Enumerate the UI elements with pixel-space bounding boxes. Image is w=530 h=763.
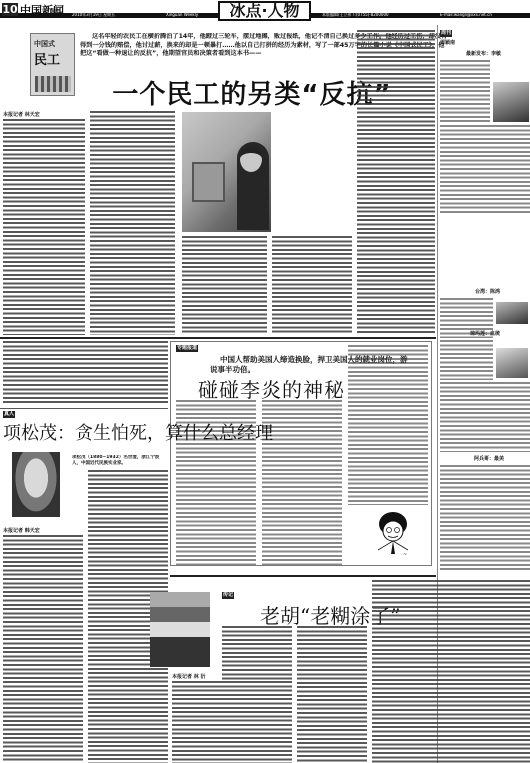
xiang-body-col1	[3, 535, 83, 763]
caricature-sketch: ~	[373, 510, 418, 558]
xiang-tag: 真人	[3, 411, 15, 418]
lao-hu-body-col3	[172, 681, 292, 763]
li-yan-tag: 专题报道	[176, 345, 198, 352]
right-photo-3	[496, 348, 528, 378]
book-title-line1: 中国式	[34, 39, 55, 49]
right-subhead-4: 阿兵哥：最美	[474, 455, 504, 462]
page-number: 10	[2, 3, 18, 16]
right-body-1a	[440, 60, 490, 122]
right-subhead-3: 琼玛莲：血统	[470, 330, 500, 337]
right-column-tag: 周刊	[440, 30, 452, 37]
lao-hu-body-col1	[222, 626, 292, 681]
xiang-headline: 项松茂：贪生怕死，算什么总经理	[3, 419, 273, 445]
sketch-signature: ~	[403, 552, 407, 558]
lead-body-col3	[182, 236, 267, 334]
divider	[170, 575, 436, 577]
lead-byline: 本报记者 林天宏	[3, 111, 40, 118]
right-body-3b	[440, 382, 530, 452]
divider	[0, 408, 168, 409]
issue-date: 2010年3月19日 星期五	[72, 12, 115, 18]
lead-body-col2	[90, 111, 175, 335]
lao-hu-body-col4	[372, 580, 530, 763]
book-title-line2: 民工	[34, 49, 60, 68]
right-body-4	[440, 465, 530, 570]
lead-body-continued	[3, 341, 168, 403]
xiang-byline: 本报记者 韩天宏	[3, 527, 40, 534]
paper-logo: 中国新闻	[20, 2, 64, 18]
li-yan-body-col3	[348, 345, 428, 505]
right-body-3a	[440, 340, 493, 380]
slash-decoration: /////	[50, 8, 56, 15]
book-cover-image: 中国式 民工	[30, 33, 75, 96]
lao-hu-byline: 本报记者 林 衍	[172, 673, 205, 680]
right-subhead-1: 最新发布：李敏	[466, 50, 501, 57]
right-photo-1	[493, 82, 529, 122]
right-body-1b	[440, 125, 530, 215]
person-face	[240, 146, 262, 172]
lao-hu-body-col2	[297, 626, 367, 763]
li-yan-headline: 碰碰李炎的神秘	[198, 374, 345, 403]
computer-screen	[192, 162, 225, 202]
lao-hu-photo	[150, 592, 210, 667]
xiang-portrait	[12, 452, 60, 517]
lao-hu-tag: 传记	[222, 592, 234, 599]
masthead: 10 中国新闻 ///// 2010年3月19日 星期五 Xinguan Wee…	[0, 0, 530, 22]
lead-body-col5	[357, 30, 435, 334]
lead-body-col1	[3, 119, 85, 335]
lead-body-col4	[272, 236, 352, 334]
section-title: 冰点·人物	[218, 1, 311, 21]
main-photo	[182, 112, 271, 232]
xiang-caption: 项松茂（1880~1932）名世澄，浙江宁波人，中国近代民族实业家。	[72, 455, 167, 467]
book-cover-graphic	[35, 76, 71, 92]
editor-email: E-mail:wangli@xxx.net.cn	[440, 12, 492, 17]
english-name: Xinguan Weekly	[166, 12, 198, 17]
right-subhead-2: 台湾：陈鸿	[475, 288, 500, 295]
li-yan-body-col2	[262, 400, 342, 565]
right-photo-2	[496, 302, 528, 324]
editor-info: 本版编辑/王立伟 T:(0755)-8200000	[322, 12, 389, 18]
divider	[0, 337, 436, 339]
right-column-author: 周颖南	[440, 39, 455, 46]
